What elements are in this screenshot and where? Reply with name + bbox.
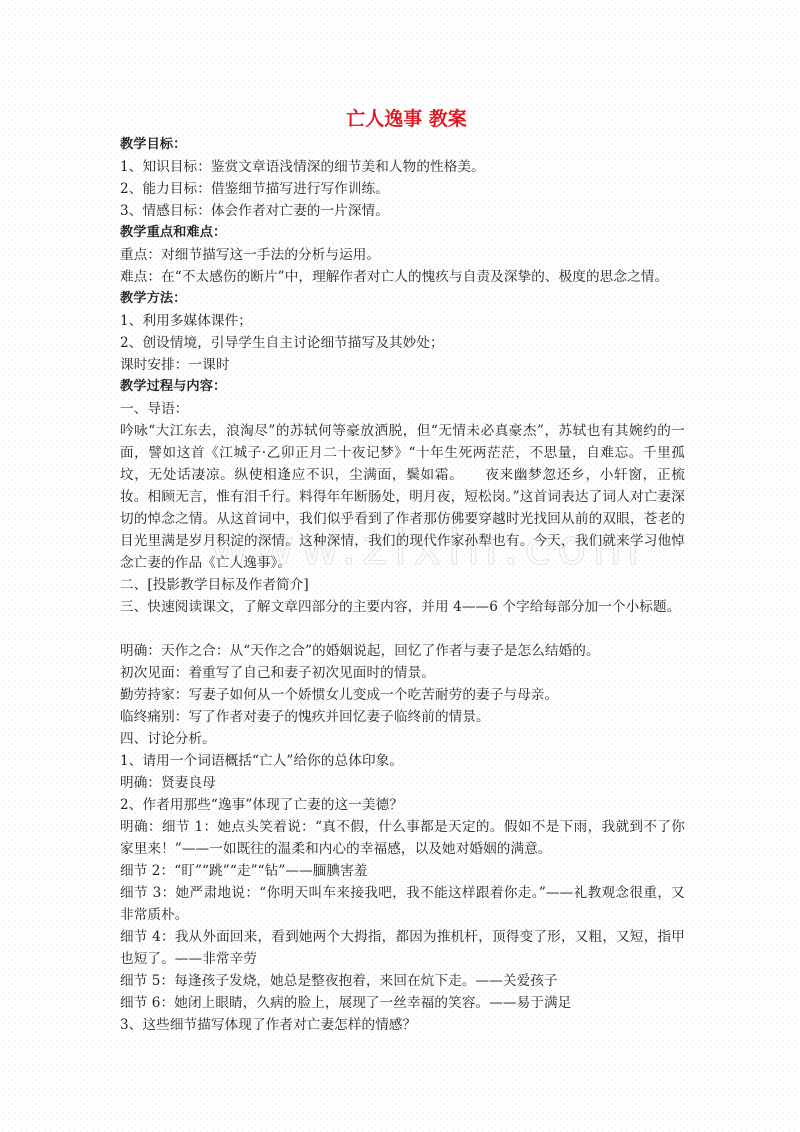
- detail-item: 细节 5：每逢孩子发烧，她总是整夜抱着，来回在炕下走。——关爱孩子: [120, 970, 685, 992]
- schedule-item: 课时安排：一课时: [120, 354, 685, 376]
- detail-item: 细节 6：她闭上眼睛，久病的脸上，展现了一丝幸福的笑容。——易于满足: [120, 992, 685, 1014]
- step-2: 二、[投影教学目标及作者简介]: [120, 574, 685, 596]
- question-1: 1、请用一个词语概括“亡人”给你的总体印象。: [120, 750, 685, 772]
- part-summary: 临终痛别：写了作者对妻子的愧疚并回忆妻子临终前的情景。: [120, 706, 685, 728]
- step-3: 三、快速阅读课文，了解文章四部分的主要内容，并用 4——6 个字给每部分加一个小…: [120, 596, 685, 618]
- intro-paragraph: 吟咏“大江东去，浪淘尽”的苏轼何等豪放洒脱，但“无情未必真豪杰”，苏轼也有其婉约…: [120, 420, 685, 574]
- detail-item: 细节 3：她严肃地说：“你明天叫车来接我吧，我不能这样跟着你走。”——礼教观念很…: [120, 882, 685, 926]
- document-page: 亡人逸事 教案 教学目标： 1、知识目标：鉴赏文章语浅情深的细节美和人物的性格美…: [120, 104, 685, 1036]
- part-summary: 明确：天作之合：从“天作之合”的婚姻说起，回忆了作者与妻子是怎么结婚的。: [120, 640, 685, 662]
- goal-item: 1、知识目标：鉴赏文章语浅情深的细节美和人物的性格美。: [120, 156, 685, 178]
- detail-item: 细节 2：“盯”“跳”“走”“钻”——腼腆害羞: [120, 860, 685, 882]
- answer-1: 明确：贤妻良母: [120, 772, 685, 794]
- question-2: 2、作者用那些“逸事”体现了亡妻的这一美德？: [120, 794, 685, 816]
- part-summary: 勤劳持家：写妻子如何从一个娇惯女儿变成一个吃苦耐劳的妻子与母亲。: [120, 684, 685, 706]
- blank-line: [120, 618, 685, 640]
- step-4: 四、讨论分析。: [120, 728, 685, 750]
- goal-item: 3、情感目标：体会作者对亡妻的一片深情。: [120, 200, 685, 222]
- goals-heading: 教学目标：: [120, 134, 685, 156]
- question-3: 3、这些细节描写体现了作者对亡妻怎样的情感？: [120, 1014, 685, 1036]
- method-item: 1、利用多媒体课件；: [120, 310, 685, 332]
- intro-label: 一、导语：: [120, 398, 685, 420]
- part-summary: 初次见面：着重写了自己和妻子初次见面时的情景。: [120, 662, 685, 684]
- focus-item: 重点：对细节描写这一手法的分析与运用。: [120, 244, 685, 266]
- goal-item: 2、能力目标：借鉴细节描写进行写作训练。: [120, 178, 685, 200]
- process-heading: 教学过程与内容：: [120, 376, 685, 398]
- method-item: 2、创设情境，引导学生自主讨论细节描写及其妙处；: [120, 332, 685, 354]
- detail-item: 明确：细节 1：她点头笑着说：“真不假，什么事都是天定的。假如不是下雨，我就到不…: [120, 816, 685, 860]
- focus-item: 难点：在“不太感伤的断片”中，理解作者对亡人的愧疚与自责及深挚的、极度的思念之情…: [120, 266, 685, 288]
- detail-item: 细节 4：我从外面回来，看到她两个大拇指，都因为推机杆，顶得变了形，又粗，又短，…: [120, 926, 685, 970]
- document-title: 亡人逸事 教案: [120, 104, 685, 134]
- focus-heading: 教学重点和难点：: [120, 222, 685, 244]
- method-heading: 教学方法：: [120, 288, 685, 310]
